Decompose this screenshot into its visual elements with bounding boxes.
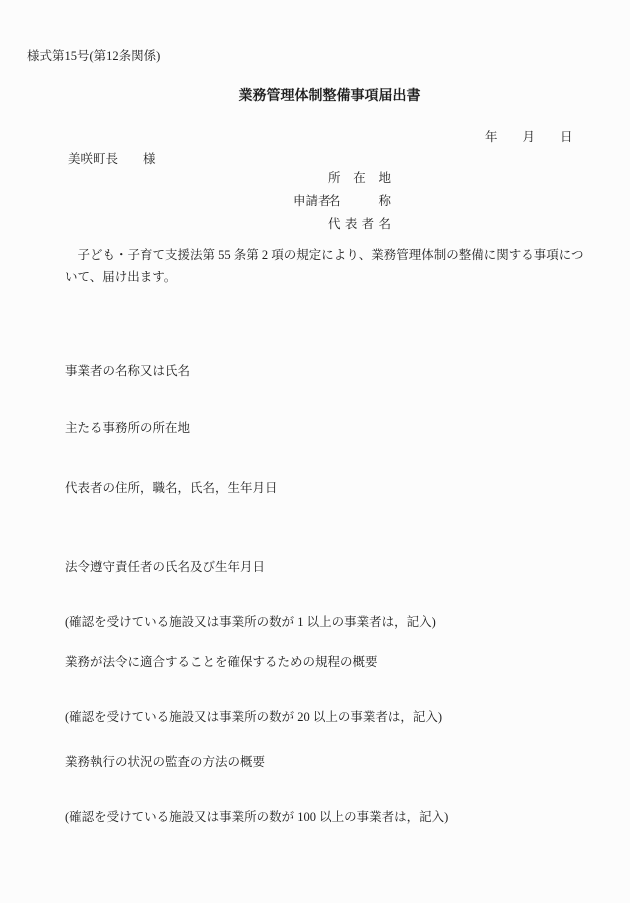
applicant-representative-label: 代表者名 (328, 215, 391, 233)
date-line: 年 月 日 (485, 128, 573, 146)
applicant-name-text: 名称 (328, 192, 391, 210)
document-title: 業務管理体制整備事項届出書 (29, 85, 630, 105)
applicant-label: 申請者 (293, 192, 331, 210)
applicant-address-label: 所在地 (328, 169, 391, 187)
applicant-representative-text: 代表者名 (328, 215, 391, 233)
form-field-audit-method: 業務執行の状況の監査の方法の概要 (確認を受けている施設又は事業所の数が 100… (65, 717, 448, 862)
body-paragraph-line2: いて、届け出ます。 (65, 268, 176, 286)
applicant-address-text: 所在地 (328, 169, 391, 187)
field-label: 主たる事務所の所在地 (65, 419, 190, 437)
body-paragraph-line1: 子ども・子育て支援法第 55 条第 2 項の規定により、業務管理体制の整備に関す… (65, 246, 584, 264)
applicant-name-label: 名称 (328, 192, 391, 210)
field-note: (確認を受けている施設又は事業所の数が 100 以上の事業者は，記入) (65, 808, 448, 826)
form-number: 様式第15号(第12条関係) (27, 47, 160, 65)
field-label: 業務が法令に適合することを確保するための規程の概要 (65, 653, 442, 671)
form-field-representative-info: 代表者の住所，職名，氏名，生年月日 (65, 443, 278, 534)
field-label: 代表者の住所，職名，氏名，生年月日 (65, 479, 278, 497)
addressee: 美咲町長 様 (68, 150, 156, 168)
field-label: 事業者の名称又は氏名 (65, 362, 190, 380)
field-label: 法令遵守責任者の氏名及び生年月日 (65, 558, 436, 576)
document-page: 様式第15号(第12条関係) 業務管理体制整備事項届出書 年 月 日 美咲町長 … (0, 0, 630, 903)
field-label: 業務執行の状況の監査の方法の概要 (65, 753, 448, 771)
